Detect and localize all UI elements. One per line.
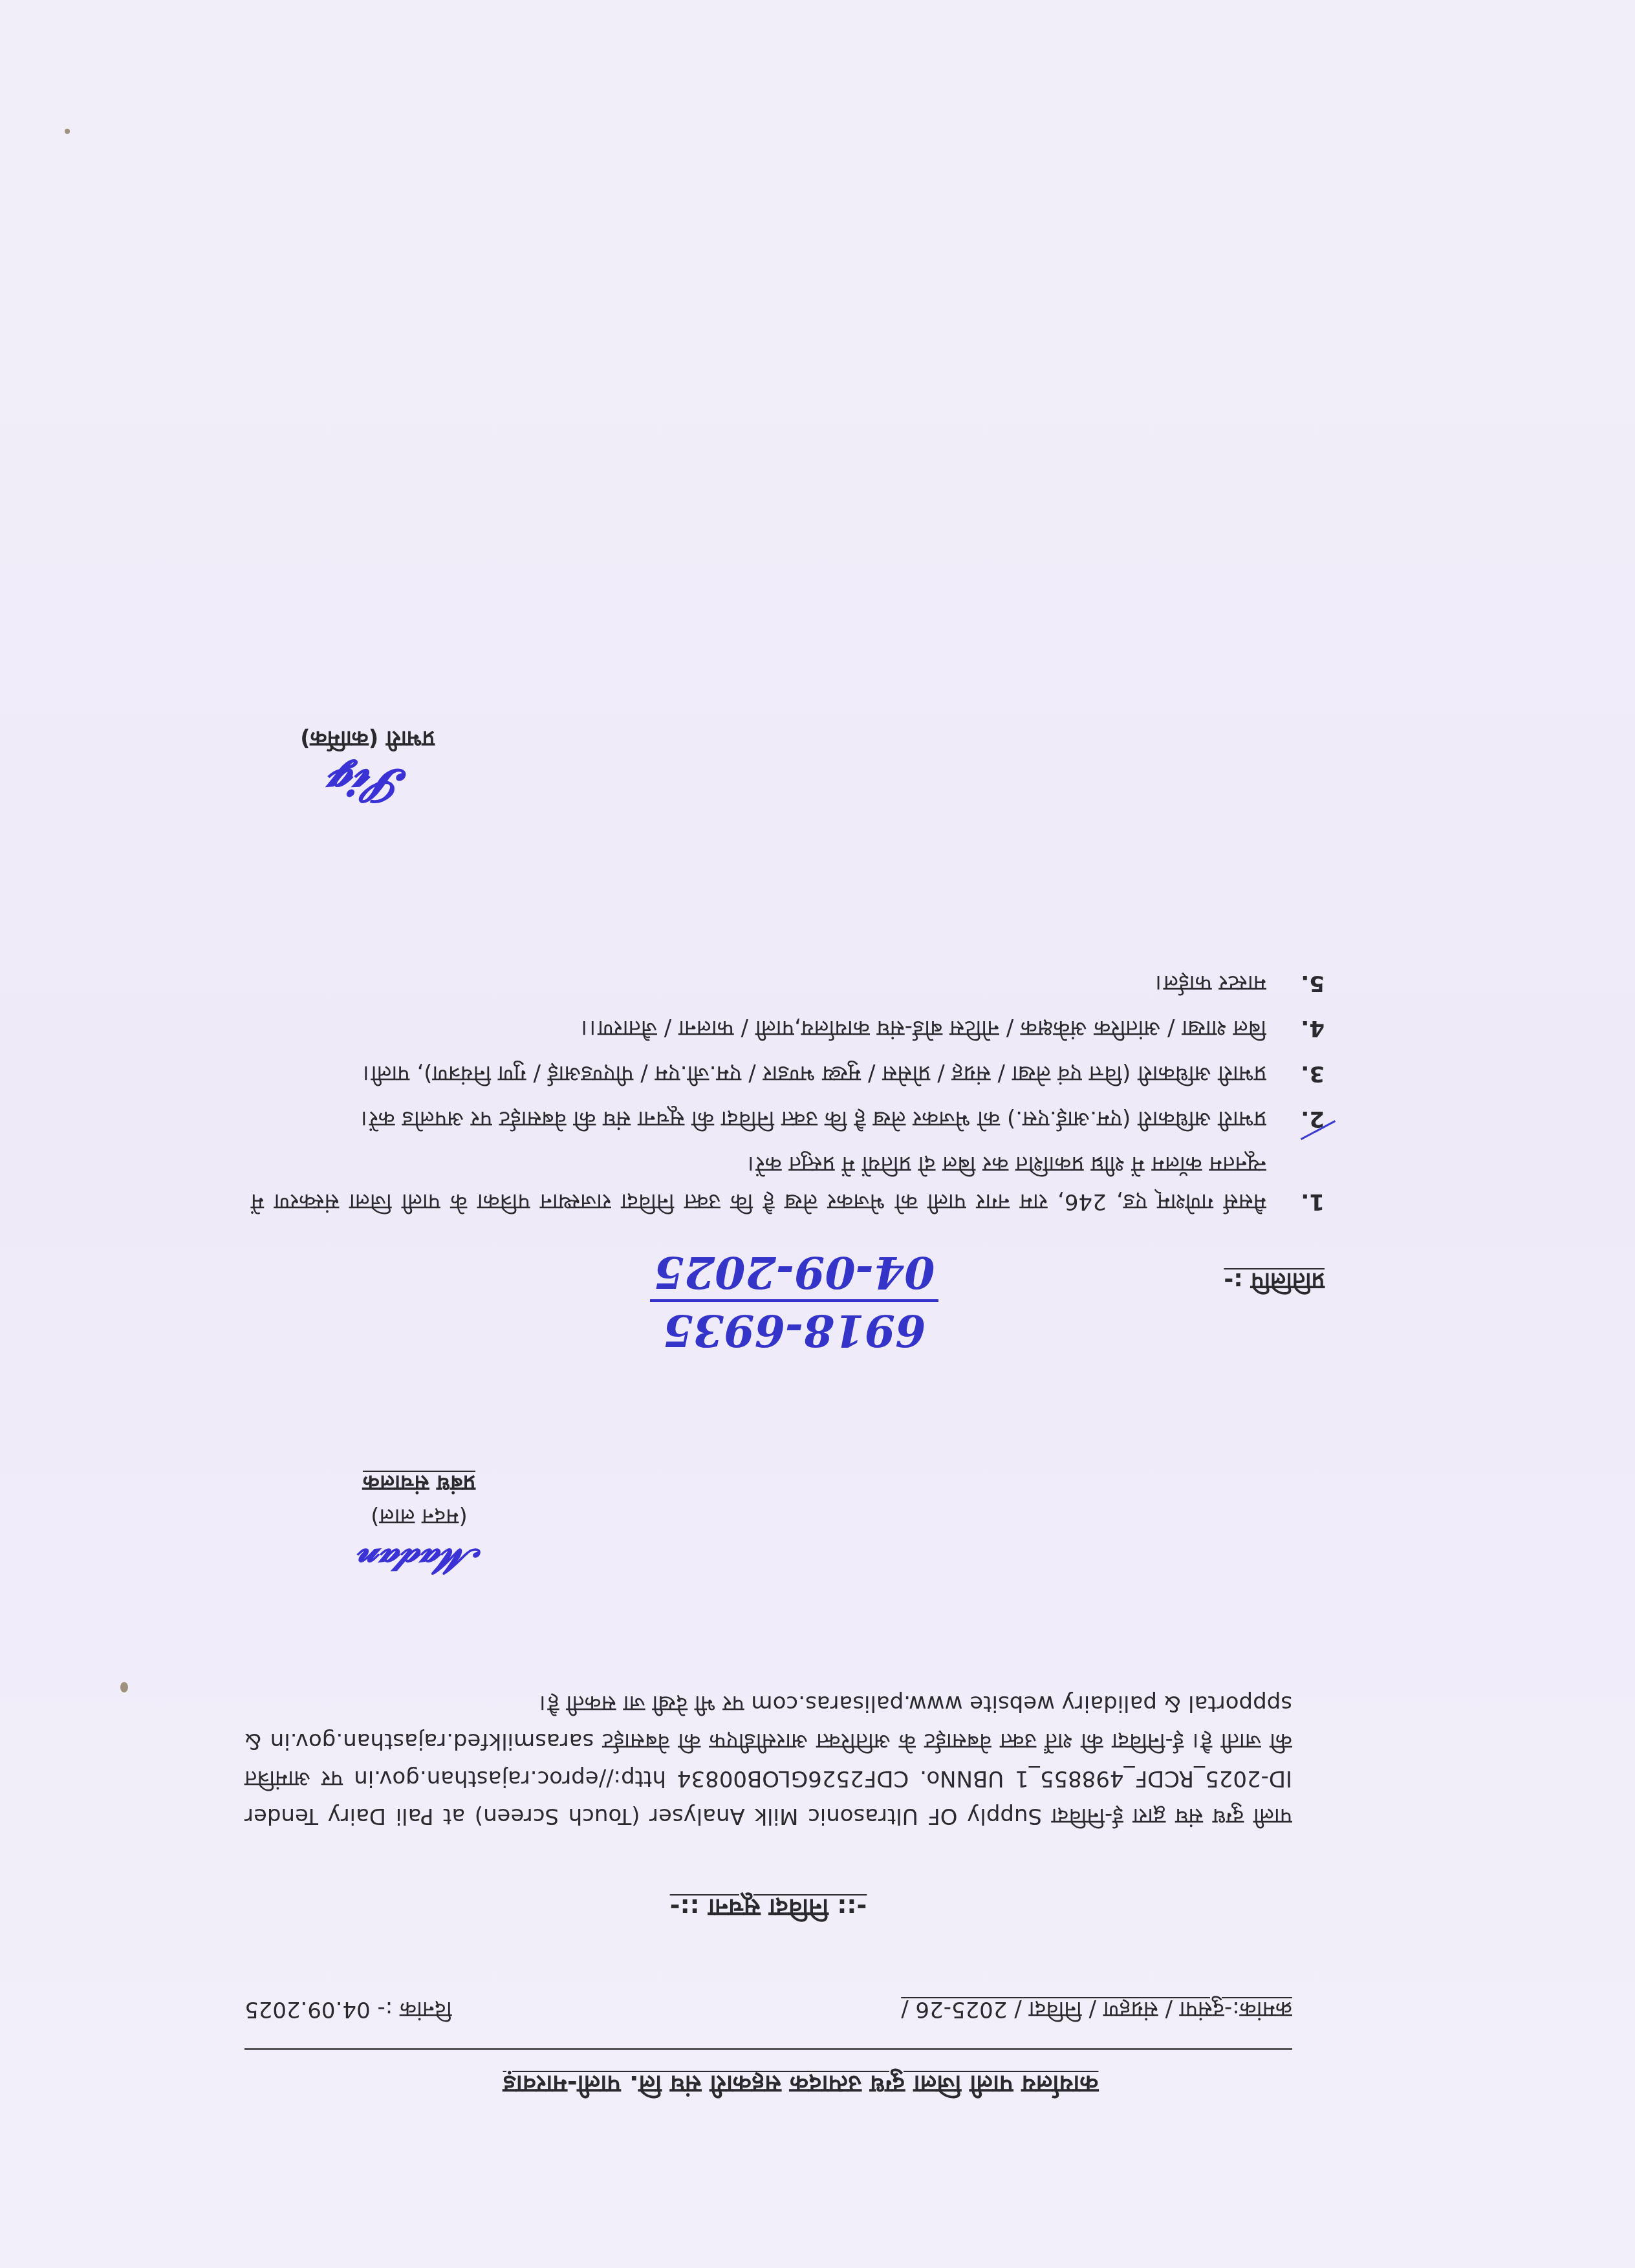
notice-body: पाली दुग्ध संघ द्वारा ई-निविदा Supply OF… bbox=[244, 1685, 1292, 1835]
managing-director-signature-block: 𝓜𝓪𝓭𝓪𝓷 (मदन लाल) प्रबंध संचालक bbox=[335, 1469, 503, 1582]
item-number: 1. bbox=[1266, 1145, 1325, 1220]
item-number: 5. bbox=[1266, 964, 1325, 1002]
office-heading: कार्यालय पाली जिला दुग्ध उत्पादक सहकारी … bbox=[277, 2068, 1325, 2102]
personnel-incharge-signature-block: 𝓢𝓲𝓰 प्रभारी (कार्मिक) bbox=[264, 725, 471, 813]
notice-title: -:: निविदा सूचना ::- bbox=[244, 1892, 1292, 1925]
signature-scrawl: 𝓢𝓲𝓰 bbox=[264, 759, 471, 813]
item-text: बिल शाखा / आंतरिक अंकेक्षक / नोटिस बोर्ड… bbox=[251, 1010, 1266, 1047]
handwritten-dispatch: 6918-6935 04-09-2025 bbox=[600, 1246, 988, 1356]
item-text: मास्टर फाईल। bbox=[251, 964, 1266, 1002]
copy-to-item: 2. प्रभारी अधिकारी (एम.आई.एस.) को भेजकर … bbox=[251, 1100, 1325, 1138]
item-number: 3. bbox=[1266, 1055, 1325, 1092]
signatory-designation: प्रबंध संचालक bbox=[335, 1469, 503, 1499]
signatory-name: (मदन लाल) bbox=[335, 1503, 503, 1533]
copy-to-item: 3. प्रभारी अधिकारी (वित्त एवं लेखा / संग… bbox=[251, 1055, 1325, 1092]
copy-to-item: 4. बिल शाखा / आंतरिक अंकेक्षक / नोटिस बो… bbox=[251, 1010, 1325, 1047]
scanned-page: कार्यालय पाली जिला दुग्ध उत्पादक सहकारी … bbox=[0, 0, 1635, 2268]
dispatch-date: 04-09-2025 bbox=[600, 1246, 988, 1298]
scan-speck bbox=[120, 1682, 128, 1692]
reference-number: क्रमांक:-दुसंपा / संग्रहण / निविदा / 202… bbox=[901, 1996, 1292, 2025]
scan-speck bbox=[65, 129, 70, 134]
item-text: प्रभारी अधिकारी (वित्त एवं लेखा / संग्रह… bbox=[251, 1055, 1266, 1092]
copy-to-item: 5. मास्टर फाईल। bbox=[251, 964, 1325, 1002]
dispatch-number: 6918-6935 bbox=[650, 1299, 939, 1356]
item-text: मैसर्स गणेशम् एड, 246, राम नगर पाली को भ… bbox=[251, 1145, 1266, 1220]
heading-divider bbox=[244, 2048, 1292, 2050]
reference-line: क्रमांक:-दुसंपा / संग्रहण / निविदा / 202… bbox=[244, 1996, 1292, 2025]
copy-to-item: 1. मैसर्स गणेशम् एड, 246, राम नगर पाली क… bbox=[251, 1145, 1325, 1220]
copy-to-label: प्रतिलिपि :- bbox=[1224, 1266, 1325, 1298]
document-date: दिनांक :- 04.09.2025 bbox=[244, 1996, 452, 2025]
item-text: प्रभारी अधिकारी (एम.आई.एस.) को भेजकर लेख… bbox=[251, 1100, 1266, 1138]
signatory-designation: प्रभारी (कार्मिक) bbox=[264, 725, 471, 755]
copy-to-list: 1. मैसर्स गणेशम् एड, 246, राम नगर पाली क… bbox=[251, 956, 1325, 1220]
signature-scrawl: 𝓜𝓪𝓭𝓪𝓷 bbox=[335, 1540, 503, 1582]
item-number: 4. bbox=[1266, 1010, 1325, 1047]
